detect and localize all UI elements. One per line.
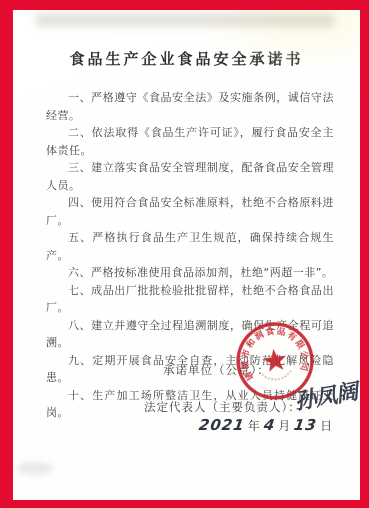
red-star-icon — [262, 347, 288, 372]
clause-3: 三、建立落实食品安全管理制度，配备食品安全管理人员。 — [46, 159, 334, 194]
clause-1: 一、严格遵守《食品安全法》及实施条例，诚信守法经营。 — [46, 89, 334, 124]
date-year: 2021 — [198, 416, 246, 434]
redacted-header-blur — [35, 13, 335, 27]
stamp-serial-marks: ＊＊＊＊＊＊＊＊＊＊ — [260, 368, 295, 384]
clause-4: 四、使用符合食品安全标准原料，杜绝不合格原料进厂。 — [46, 194, 334, 229]
legal-representative-label: 法定代表人（主要负责人）： — [144, 399, 301, 415]
handwritten-date: 2021年4月13日 — [196, 416, 333, 434]
clause-5: 五、严格执行食品生产卫生规范，确保持续合规生产。 — [46, 229, 334, 264]
scan-smudge — [17, 462, 53, 475]
scanned-document-photo: { "document": { "title": "食品生产企业食品安全承诺书"… — [0, 0, 369, 508]
document-title: 食品生产企业食品安全承诺书 — [13, 48, 360, 69]
clause-6: 六、严格按标准使用食品添加剂，杜绝“两超一非”。 — [46, 264, 334, 282]
svg-text:＊＊＊＊＊＊＊＊＊＊: ＊＊＊＊＊＊＊＊＊＊ — [260, 368, 295, 384]
date-month: 4 — [263, 416, 277, 434]
date-day: 13 — [293, 416, 318, 434]
date-day-unit: 日 — [320, 419, 333, 433]
date-month-unit: 月 — [278, 419, 291, 433]
clause-7: 七、成品出厂批批检验批批留样，杜绝不合格食品出厂。 — [46, 282, 334, 317]
clause-2: 二、依法取得《食品生产许可证》，履行食品安全主体责任。 — [46, 124, 334, 159]
date-year-unit: 年 — [248, 419, 261, 433]
document-page: 食品生产企业食品安全承诺书 一、严格遵守《食品安全法》及实施条例，诚信守法经营。… — [13, 10, 360, 500]
